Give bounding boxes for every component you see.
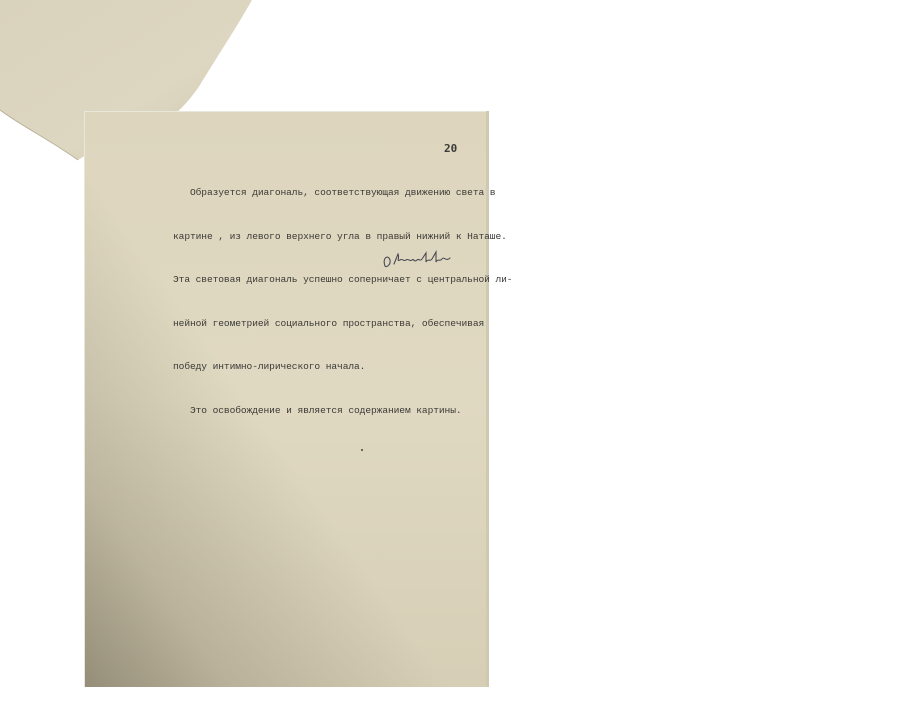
text-line: победу интимно-лирического начала. <box>173 360 483 375</box>
typed-text: Образуется диагональ, соответствующая дв… <box>173 157 483 433</box>
text-line: Это освобождение и является содержанием … <box>173 404 483 419</box>
text-line: картине , из левого верхнего угла в прав… <box>173 230 483 245</box>
page-number: 20 <box>444 142 457 155</box>
handwritten-signature: О.Василев <box>380 248 470 272</box>
text-line: нейной геометрией социального пространст… <box>173 317 483 332</box>
text-line: Эта световая диагональ успешно сопернича… <box>173 273 483 288</box>
text-line: Образуется диагональ, соответствующая дв… <box>173 186 483 201</box>
ink-speck <box>361 449 363 451</box>
